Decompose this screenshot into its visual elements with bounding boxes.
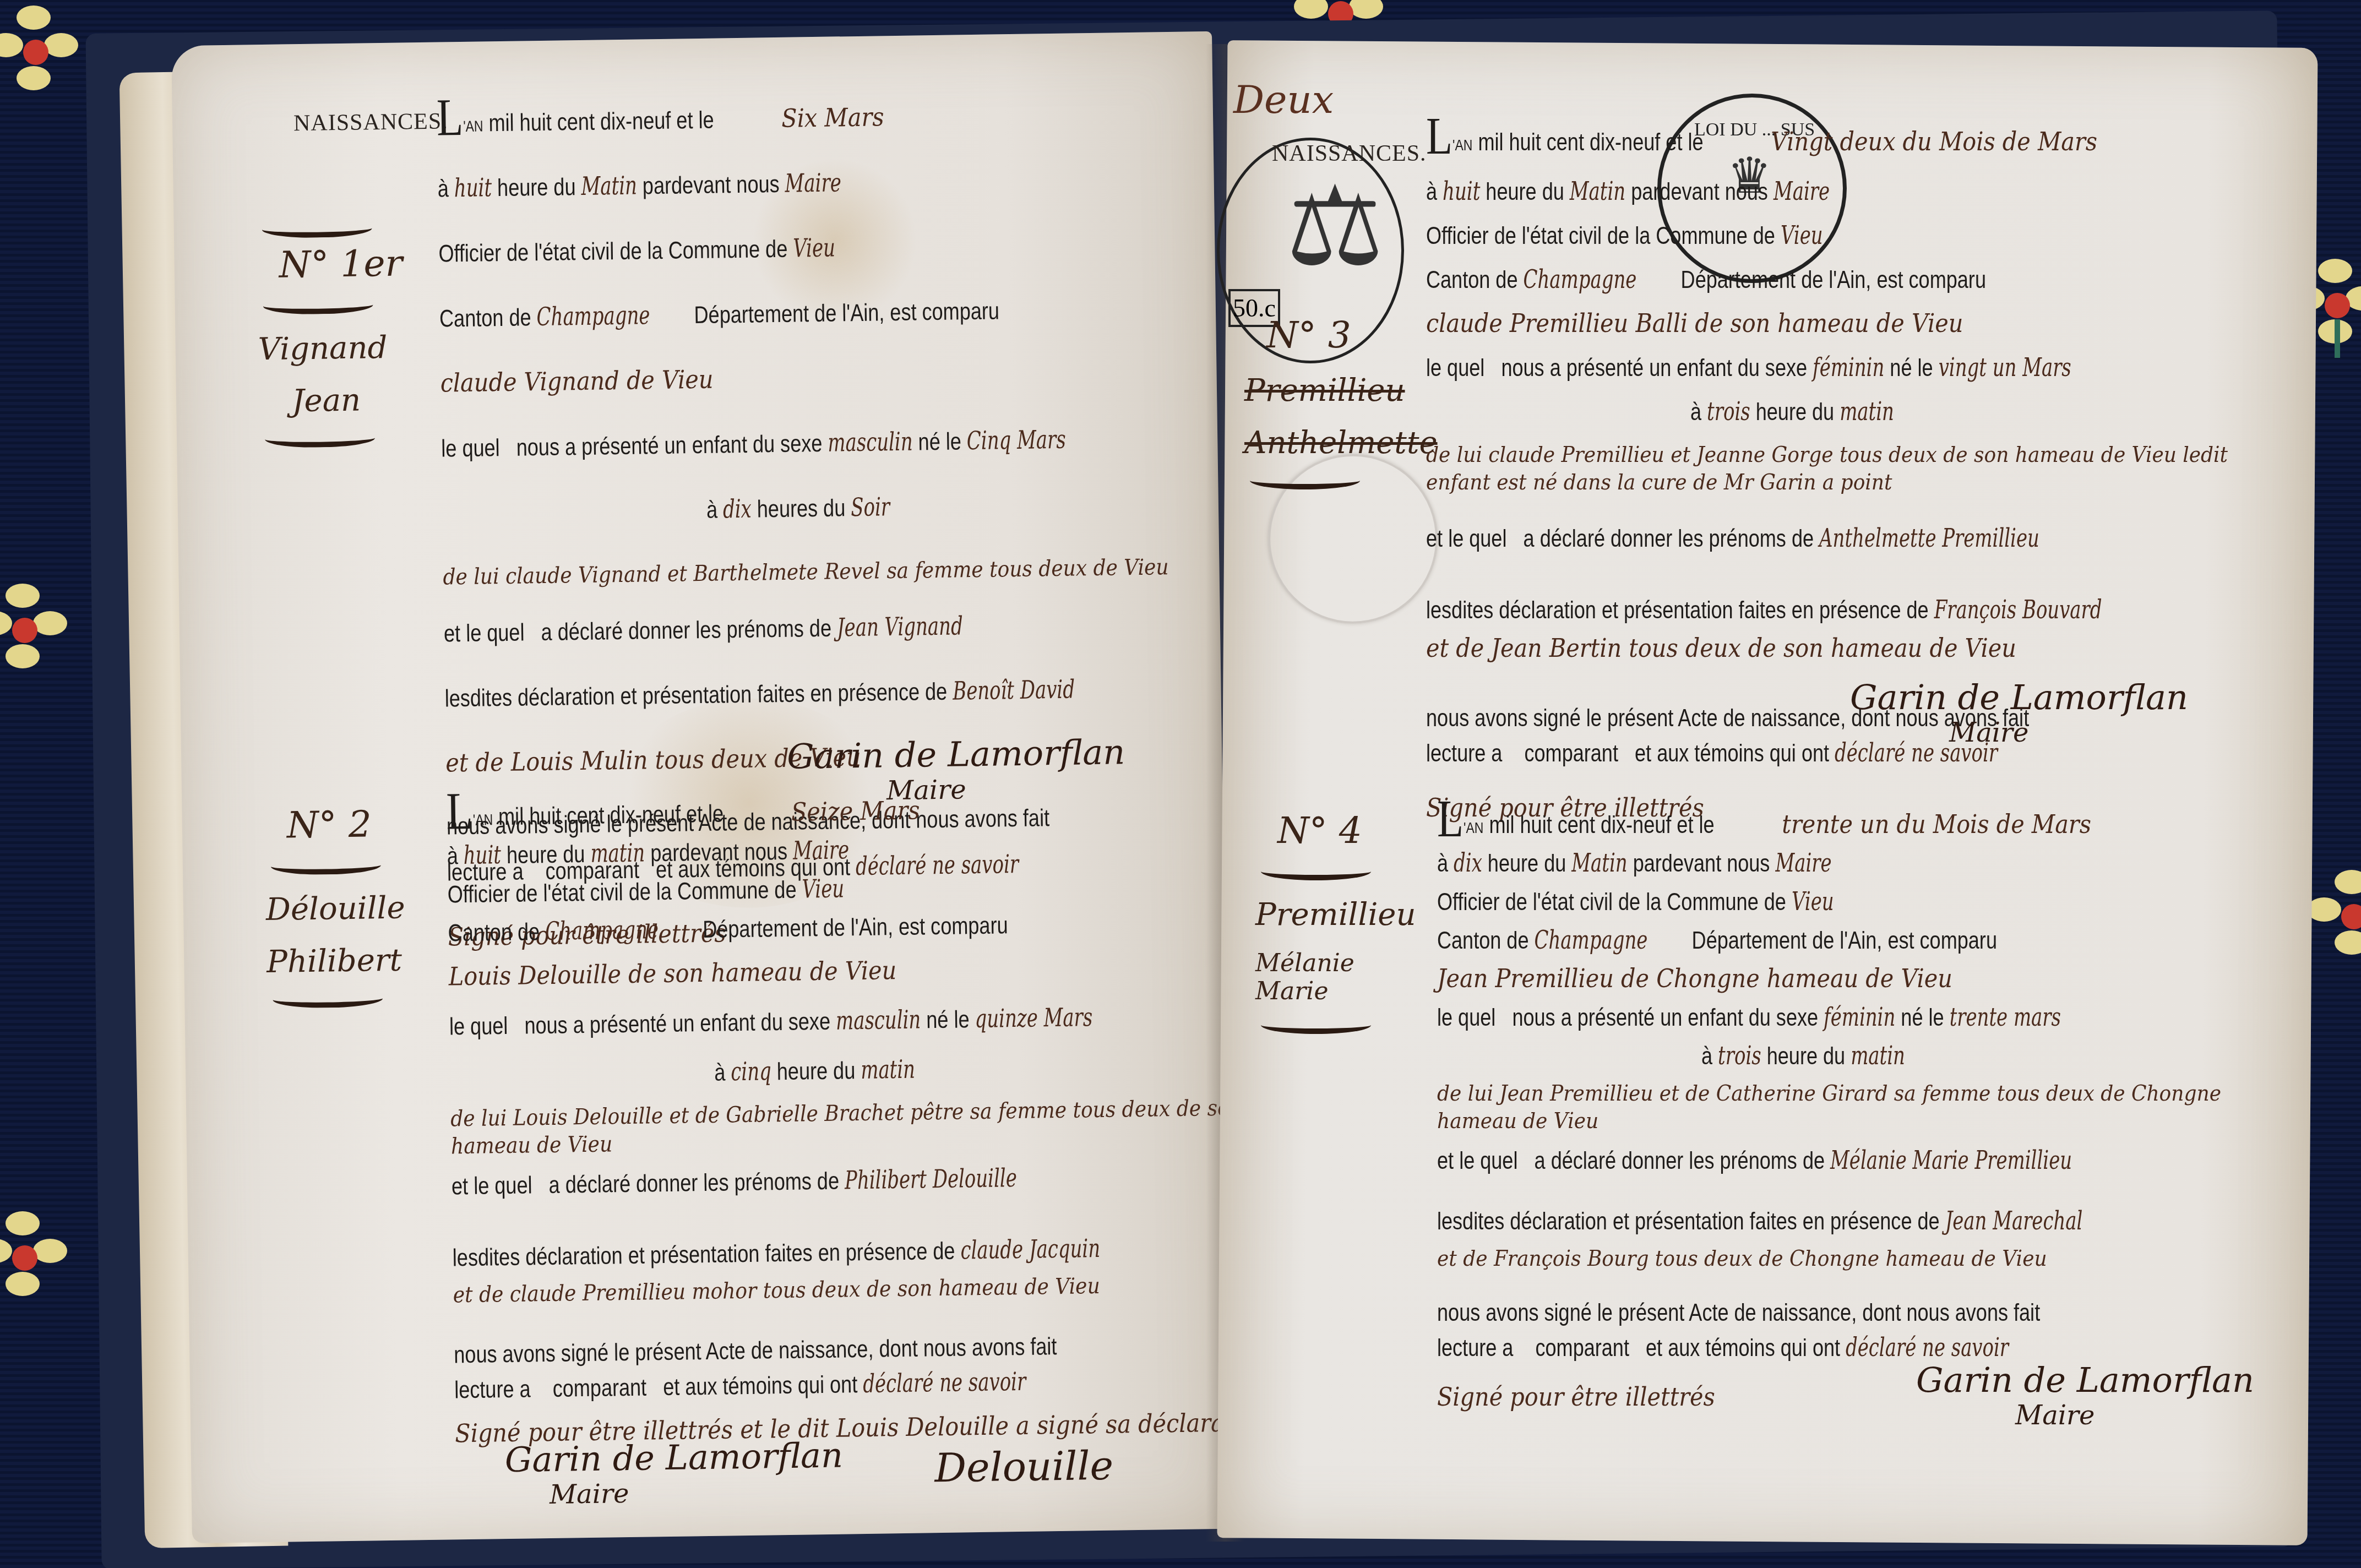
sex: masculin xyxy=(836,1004,921,1035)
witness-1: claude Jacquin xyxy=(960,1233,1100,1265)
margin-given-name: Jean xyxy=(292,382,425,419)
drop-cap: L xyxy=(446,781,474,841)
record-number: N° 4 xyxy=(1277,809,1421,852)
drop-cap: L xyxy=(1426,106,1452,165)
witness-2: et de Jean Bertin tous deux de son hamea… xyxy=(1426,633,2016,663)
mayor-signature: Garin de LamorflanMaire xyxy=(505,1435,844,1511)
record-date: trente un du Mois de Mars xyxy=(1782,809,2091,839)
margin-given-name: Anthelmette xyxy=(1244,425,1410,461)
record-margin: N° 1er Vignand Jean xyxy=(256,208,425,454)
flower-motif xyxy=(0,6,83,99)
parents: de lui Jean Premillieu et de Catherine G… xyxy=(1437,1081,2221,1134)
record-margin: N° 2 Délouille Philibert xyxy=(264,802,432,1014)
record-text: L'AN mil huit cent dix-neuf et le trente… xyxy=(1437,809,2252,1447)
swash-ornament xyxy=(265,429,375,448)
record-date: Seize Mars xyxy=(791,795,920,826)
margin-given-name: Mélanie Marie xyxy=(1255,949,1421,1005)
birth-record-3: N° 3 Premillieu Anthelmette L'AN mil hui… xyxy=(1244,127,2291,787)
birth-record-2: N° 2 Délouille Philibert L'AN mil huit c… xyxy=(264,791,1210,1520)
parents: de lui claude Premillieu et Jeanne Gorge… xyxy=(1426,442,2228,495)
sex: féminin xyxy=(1824,1002,1895,1032)
record-margin: N° 3 Premillieu Anthelmette xyxy=(1244,314,1410,495)
canton: Champagne xyxy=(1535,925,1648,955)
margin-surname: Vignand xyxy=(258,329,423,367)
witness-1: Jean Marechal xyxy=(1945,1206,2083,1235)
given-names: Mélanie Marie Premillieu xyxy=(1830,1145,2072,1175)
declarant: claude Vignand de Vieu xyxy=(440,364,714,398)
witness-1: Benoît David xyxy=(953,674,1075,706)
record-number: N° 1er xyxy=(279,242,422,286)
witness-2: et de François Bourg tous deux de Chongn… xyxy=(1437,1246,2047,1271)
swash-ornament xyxy=(1250,472,1360,489)
margin-given-name: Philibert xyxy=(266,942,432,980)
mayor-signature: Garin de LamorflanMaire xyxy=(1850,677,2188,748)
parents: de lui Louis Delouille et de Gabrielle B… xyxy=(450,1095,1242,1159)
commune: Vieu xyxy=(1781,220,1823,250)
canton: Champagne xyxy=(545,914,659,946)
drop-cap: L xyxy=(1437,789,1464,848)
birth-record-4: N° 4 Premillieu Mélanie Marie L'AN mil h… xyxy=(1255,809,2302,1525)
canton: Champagne xyxy=(536,300,650,331)
commune: Vieu xyxy=(1792,886,1834,916)
commune: Vieu xyxy=(793,233,835,263)
flower-motif xyxy=(0,584,72,677)
record-number: N° 3 xyxy=(1266,314,1410,356)
margin-surname: Premillieu xyxy=(1244,373,1410,409)
declarant-signature: Delouille xyxy=(934,1442,1114,1491)
birth-record-1: N° 1er Vignand Jean L'AN mil huit cent d… xyxy=(255,97,1200,799)
swash-ornament xyxy=(1261,1016,1371,1034)
flower-motif xyxy=(2307,870,2361,963)
literacy-note: Signé pour être illettrés xyxy=(1437,1382,1715,1412)
declarant: Jean Premillieu de Chongne hameau de Vie… xyxy=(1437,963,1952,993)
given-names: Jean Vignand xyxy=(837,611,963,642)
record-date: Vingt deux du Mois de Mars xyxy=(1771,127,2097,156)
margin-surname: Premillieu xyxy=(1255,897,1421,933)
swash-ornament xyxy=(262,219,372,238)
swash-ornament xyxy=(271,856,381,875)
witness-1: François Bouvard xyxy=(1934,595,2102,624)
sex: masculin xyxy=(828,427,913,458)
swash-ornament xyxy=(1261,863,1371,880)
given-names: Anthelmette Premillieu xyxy=(1819,523,2039,553)
record-date: Six Mars xyxy=(781,102,884,133)
given-names: Philibert Delouille xyxy=(845,1163,1017,1195)
sex: féminin xyxy=(1813,352,1884,382)
canton: Champagne xyxy=(1524,264,1637,294)
commune: Vieu xyxy=(802,873,844,903)
record-text: L'AN mil huit cent dix-neuf et le Seize … xyxy=(446,791,1271,1501)
corner-annotation: Deux xyxy=(1233,77,1334,122)
left-page: NAISSANCES. N° 1er Vignand Jean L'AN mil… xyxy=(171,31,1233,1543)
swash-ornament xyxy=(263,296,373,315)
declarant: claude Premillieu Balli de son hameau de… xyxy=(1426,308,1963,338)
record-margin: N° 4 Premillieu Mélanie Marie xyxy=(1255,809,1421,1039)
drop-cap: L xyxy=(436,88,464,147)
mayor-signature: Garin de LamorflanMaire xyxy=(1916,1360,2254,1431)
record-number: N° 2 xyxy=(286,802,430,847)
flower-motif xyxy=(0,1211,72,1305)
swash-ornament xyxy=(273,989,383,1009)
margin-surname: Délouille xyxy=(266,890,432,928)
declarant: Louis Delouille de son hameau de Vieu xyxy=(448,955,896,991)
